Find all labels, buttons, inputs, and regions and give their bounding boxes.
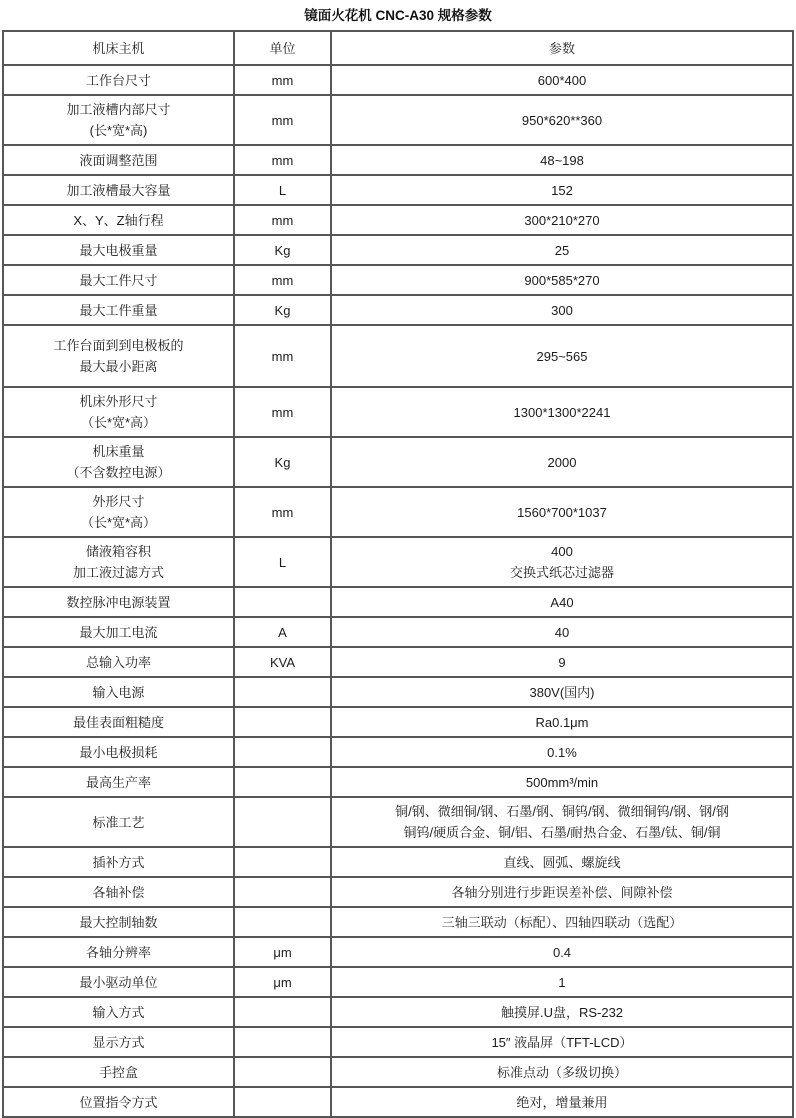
table-row: 各轴分辨率μm0.4 bbox=[3, 937, 793, 967]
row-label: 最佳表面粗糙度 bbox=[3, 707, 234, 737]
row-unit: mm bbox=[234, 387, 331, 437]
row-label: 工作台尺寸 bbox=[3, 65, 234, 95]
row-unit: mm bbox=[234, 205, 331, 235]
table-row: 工作台面到到电极板的 最大最小距离mm295~565 bbox=[3, 325, 793, 387]
row-value: 152 bbox=[331, 175, 793, 205]
row-unit: mm bbox=[234, 145, 331, 175]
header-machine-main: 机床主机 bbox=[3, 31, 234, 65]
table-row: 最高生产率500mm³/min bbox=[3, 767, 793, 797]
row-unit bbox=[234, 587, 331, 617]
row-label: 储液箱容积 加工液过滤方式 bbox=[3, 537, 234, 587]
table-row: 液面调整范围mm48~198 bbox=[3, 145, 793, 175]
row-unit bbox=[234, 767, 331, 797]
row-value: 48~198 bbox=[331, 145, 793, 175]
row-value: 380V(国内) bbox=[331, 677, 793, 707]
row-unit bbox=[234, 1057, 331, 1087]
row-unit: μm bbox=[234, 937, 331, 967]
table-row: 标准工艺铜/钢、微细铜/钢、石墨/钢、铜钨/钢、微细铜钨/钢、钢/钢 铜钨/硬质… bbox=[3, 797, 793, 847]
table-row: 输入电源380V(国内) bbox=[3, 677, 793, 707]
row-value: Ra0.1μm bbox=[331, 707, 793, 737]
row-label: 最大控制轴数 bbox=[3, 907, 234, 937]
row-value: 1560*700*1037 bbox=[331, 487, 793, 537]
row-value: 三轴三联动（标配）、四轴四联动（选配） bbox=[331, 907, 793, 937]
row-label: 最大电极重量 bbox=[3, 235, 234, 265]
row-label: 插补方式 bbox=[3, 847, 234, 877]
table-row: 位置指令方式绝对，增量兼用 bbox=[3, 1087, 793, 1117]
row-label: 最高生产率 bbox=[3, 767, 234, 797]
row-value: 各轴分别进行步距误差补偿、间隙补偿 bbox=[331, 877, 793, 907]
table-row: X、Y、Z轴行程mm300*210*270 bbox=[3, 205, 793, 235]
row-label: 数控脉冲电源装置 bbox=[3, 587, 234, 617]
table-row: 加工液槽内部尺寸 (长*宽*高)mm950*620**360 bbox=[3, 95, 793, 145]
row-unit: μm bbox=[234, 967, 331, 997]
row-label: 显示方式 bbox=[3, 1027, 234, 1057]
row-value: 直线、圆弧、螺旋线 bbox=[331, 847, 793, 877]
row-unit: L bbox=[234, 537, 331, 587]
table-row: 最大加工电流A40 bbox=[3, 617, 793, 647]
table-row: 机床外形尺寸 （长*宽*高）mm1300*1300*2241 bbox=[3, 387, 793, 437]
table-row: 各轴补偿各轴分别进行步距误差补偿、间隙补偿 bbox=[3, 877, 793, 907]
row-unit: KVA bbox=[234, 647, 331, 677]
row-label: 外形尺寸 （长*宽*高） bbox=[3, 487, 234, 537]
table-row: 插补方式直线、圆弧、螺旋线 bbox=[3, 847, 793, 877]
table-row: 总输入功率KVA9 bbox=[3, 647, 793, 677]
row-value: 绝对，增量兼用 bbox=[331, 1087, 793, 1117]
row-unit bbox=[234, 877, 331, 907]
spec-table-body: 工作台尺寸mm600*400加工液槽内部尺寸 (长*宽*高)mm950*620*… bbox=[3, 65, 793, 1117]
table-row: 最小电极损耗0.1% bbox=[3, 737, 793, 767]
row-unit: Kg bbox=[234, 235, 331, 265]
row-value: 标准点动（多级切换） bbox=[331, 1057, 793, 1087]
row-value: 1300*1300*2241 bbox=[331, 387, 793, 437]
table-row: 最佳表面粗糙度Ra0.1μm bbox=[3, 707, 793, 737]
header-unit: 单位 bbox=[234, 31, 331, 65]
row-value: 9 bbox=[331, 647, 793, 677]
row-unit: L bbox=[234, 175, 331, 205]
table-row: 外形尺寸 （长*宽*高）mm1560*700*1037 bbox=[3, 487, 793, 537]
row-label: 各轴补偿 bbox=[3, 877, 234, 907]
row-value: 950*620**360 bbox=[331, 95, 793, 145]
table-header-row: 机床主机 单位 参数 bbox=[3, 31, 793, 65]
row-label: 位置指令方式 bbox=[3, 1087, 234, 1117]
row-label: 总输入功率 bbox=[3, 647, 234, 677]
row-value: 600*400 bbox=[331, 65, 793, 95]
table-row: 储液箱容积 加工液过滤方式L400 交换式纸芯过滤器 bbox=[3, 537, 793, 587]
row-value: 300 bbox=[331, 295, 793, 325]
row-label: 最小电极损耗 bbox=[3, 737, 234, 767]
row-label: 输入电源 bbox=[3, 677, 234, 707]
table-row: 机床重量 （不含数控电源）Kg2000 bbox=[3, 437, 793, 487]
row-value: 0.4 bbox=[331, 937, 793, 967]
row-value: 2000 bbox=[331, 437, 793, 487]
row-unit bbox=[234, 1027, 331, 1057]
row-unit: Kg bbox=[234, 437, 331, 487]
page-title: 镜面火花机 CNC-A30 规格参数 bbox=[0, 0, 796, 30]
table-row: 最大工件重量Kg300 bbox=[3, 295, 793, 325]
row-label: 标准工艺 bbox=[3, 797, 234, 847]
row-value: A40 bbox=[331, 587, 793, 617]
table-row: 最小驱动单位μm1 bbox=[3, 967, 793, 997]
row-value: 1 bbox=[331, 967, 793, 997]
row-unit: Kg bbox=[234, 295, 331, 325]
row-unit bbox=[234, 997, 331, 1027]
row-unit: mm bbox=[234, 95, 331, 145]
row-unit: mm bbox=[234, 265, 331, 295]
row-unit bbox=[234, 737, 331, 767]
table-row: 工作台尺寸mm600*400 bbox=[3, 65, 793, 95]
row-value: 25 bbox=[331, 235, 793, 265]
row-label: 机床外形尺寸 （长*宽*高） bbox=[3, 387, 234, 437]
row-label: X、Y、Z轴行程 bbox=[3, 205, 234, 235]
row-label: 手控盒 bbox=[3, 1057, 234, 1087]
row-value: 400 交换式纸芯过滤器 bbox=[331, 537, 793, 587]
table-row: 数控脉冲电源装置A40 bbox=[3, 587, 793, 617]
row-unit: mm bbox=[234, 325, 331, 387]
row-unit: mm bbox=[234, 65, 331, 95]
row-unit bbox=[234, 677, 331, 707]
row-value: 295~565 bbox=[331, 325, 793, 387]
row-value: 触摸屏.U盘，RS-232 bbox=[331, 997, 793, 1027]
row-value: 铜/钢、微细铜/钢、石墨/钢、铜钨/钢、微细铜钨/钢、钢/钢 铜钨/硬质合金、铜… bbox=[331, 797, 793, 847]
row-unit bbox=[234, 1087, 331, 1117]
row-label: 最小驱动单位 bbox=[3, 967, 234, 997]
row-value: 500mm³/min bbox=[331, 767, 793, 797]
table-row: 最大控制轴数三轴三联动（标配）、四轴四联动（选配） bbox=[3, 907, 793, 937]
row-label: 加工液槽最大容量 bbox=[3, 175, 234, 205]
table-row: 最大电极重量Kg25 bbox=[3, 235, 793, 265]
table-row: 最大工件尺寸mm900*585*270 bbox=[3, 265, 793, 295]
table-row: 输入方式触摸屏.U盘，RS-232 bbox=[3, 997, 793, 1027]
row-unit bbox=[234, 707, 331, 737]
row-value: 40 bbox=[331, 617, 793, 647]
row-value: 900*585*270 bbox=[331, 265, 793, 295]
row-value: 0.1% bbox=[331, 737, 793, 767]
table-row: 手控盒标准点动（多级切换） bbox=[3, 1057, 793, 1087]
table-row: 显示方式15″ 液晶屏（TFT-LCD） bbox=[3, 1027, 793, 1057]
row-unit bbox=[234, 907, 331, 937]
row-unit bbox=[234, 847, 331, 877]
row-label: 加工液槽内部尺寸 (长*宽*高) bbox=[3, 95, 234, 145]
row-label: 液面调整范围 bbox=[3, 145, 234, 175]
table-row: 加工液槽最大容量L152 bbox=[3, 175, 793, 205]
row-label: 工作台面到到电极板的 最大最小距离 bbox=[3, 325, 234, 387]
spec-sheet-page: 镜面火花机 CNC-A30 规格参数 机床主机 单位 参数 工作台尺寸mm600… bbox=[0, 0, 796, 1118]
row-label: 各轴分辨率 bbox=[3, 937, 234, 967]
row-label: 最大加工电流 bbox=[3, 617, 234, 647]
row-label: 机床重量 （不含数控电源） bbox=[3, 437, 234, 487]
row-label: 输入方式 bbox=[3, 997, 234, 1027]
header-parameter: 参数 bbox=[331, 31, 793, 65]
spec-table: 机床主机 单位 参数 工作台尺寸mm600*400加工液槽内部尺寸 (长*宽*高… bbox=[2, 30, 794, 1118]
row-unit: mm bbox=[234, 487, 331, 537]
row-unit: A bbox=[234, 617, 331, 647]
row-value: 15″ 液晶屏（TFT-LCD） bbox=[331, 1027, 793, 1057]
row-label: 最大工件重量 bbox=[3, 295, 234, 325]
row-label: 最大工件尺寸 bbox=[3, 265, 234, 295]
row-unit bbox=[234, 797, 331, 847]
row-value: 300*210*270 bbox=[331, 205, 793, 235]
